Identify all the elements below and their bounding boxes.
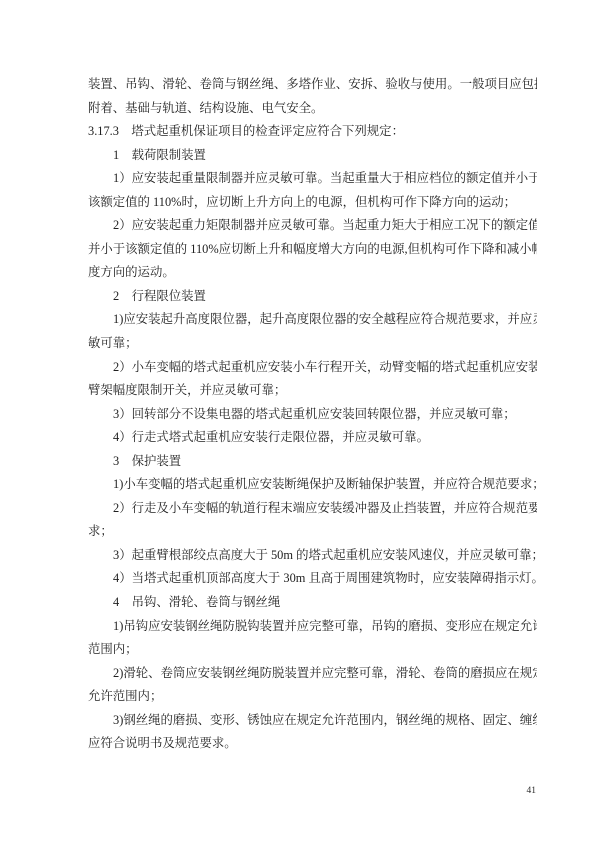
text-line: 敏可靠； <box>88 332 537 356</box>
text-line: 1)应安装起升高度限位器，起升高度限位器的安全越程应符合规范要求，并应灵 <box>88 308 537 332</box>
text-line: 范围内； <box>88 638 537 662</box>
text-line: 4）当塔式起重机顶部高度大于 30m 且高于周围建筑物时，应安装障碍指示灯。 <box>88 567 537 591</box>
subsection-heading: 4 吊钩、滑轮、卷筒与钢丝绳 <box>88 591 537 615</box>
text-line: 3)钢丝绳的磨损、变形、锈蚀应在规定允许范围内，钢丝绳的规格、固定、缠绕 <box>88 709 537 733</box>
text-line: 允许范围内； <box>88 685 537 709</box>
text-line: 2)滑轮、卷筒应安装钢丝绳防脱装置并应完整可靠，滑轮、卷筒的磨损应在规定 <box>88 662 537 686</box>
subsection-heading: 3 保护装置 <box>88 450 537 474</box>
text-line: 2）应安装起重力矩限制器并应灵敏可靠。当起重力矩大于相应工况下的额定值 <box>88 214 537 238</box>
text-line: 附着、基础与轨道、结构设施、电气安全。 <box>88 97 537 121</box>
text-line: 3）起重臂根部绞点高度大于 50m 的塔式起重机应安装风速仪，并应灵敏可靠； <box>88 544 537 568</box>
text-line: 该额定值的 110%时，应切断上升方向上的电源，但机构可作下降方向的运动； <box>88 191 537 215</box>
document-page: 装置、吊钩、滑轮、卷筒与钢丝绳、多塔作业、安拆、验收与使用。一般项目应包括 附着… <box>0 0 600 848</box>
text-line: 臂架幅度限制开关，并应灵敏可靠； <box>88 379 537 403</box>
text-line: 3）回转部分不设集电器的塔式起重机应安装回转限位器，并应灵敏可靠； <box>88 403 537 427</box>
text-line: 并小于该额定值的 110%应切断上升和幅度增大方向的电源,但机构可作下降和减小幅 <box>88 238 537 262</box>
text-line: 1）应安装起重量限制器并应灵敏可靠。当起重量大于相应档位的额定值并小于 <box>88 167 537 191</box>
text-line: 1)小车变幅的塔式起重机应安装断绳保护及断轴保护装置，并应符合规范要求； <box>88 473 537 497</box>
text-line: 装置、吊钩、滑轮、卷筒与钢丝绳、多塔作业、安拆、验收与使用。一般项目应包括 <box>88 73 537 97</box>
text-line: 2）小车变幅的塔式起重机应安装小车行程开关，动臂变幅的塔式起重机应安装 <box>88 356 537 380</box>
subsection-heading: 2 行程限位装置 <box>88 285 537 309</box>
text-line: 度方向的运动。 <box>88 261 537 285</box>
subsection-heading: 1 载荷限制装置 <box>88 144 537 168</box>
text-line: 2）行走及小车变幅的轨道行程末端应安装缓冲器及止挡装置，并应符合规范要 <box>88 497 537 521</box>
text-line: 求； <box>88 520 537 544</box>
section-heading: 3.17.3 塔式起重机保证项目的检查评定应符合下列规定： <box>88 120 537 144</box>
text-line: 应符合说明书及规范要求。 <box>88 732 537 756</box>
text-line: 4）行走式塔式起重机应安装行走限位器，并应灵敏可靠。 <box>88 426 537 450</box>
text-line: 1)吊钩应安装钢丝绳防脱钩装置并应完整可靠，吊钩的磨损、变形应在规定允许 <box>88 615 537 639</box>
page-number: 41 <box>506 785 536 797</box>
text-block: 装置、吊钩、滑轮、卷筒与钢丝绳、多塔作业、安拆、验收与使用。一般项目应包括 附着… <box>88 73 537 756</box>
